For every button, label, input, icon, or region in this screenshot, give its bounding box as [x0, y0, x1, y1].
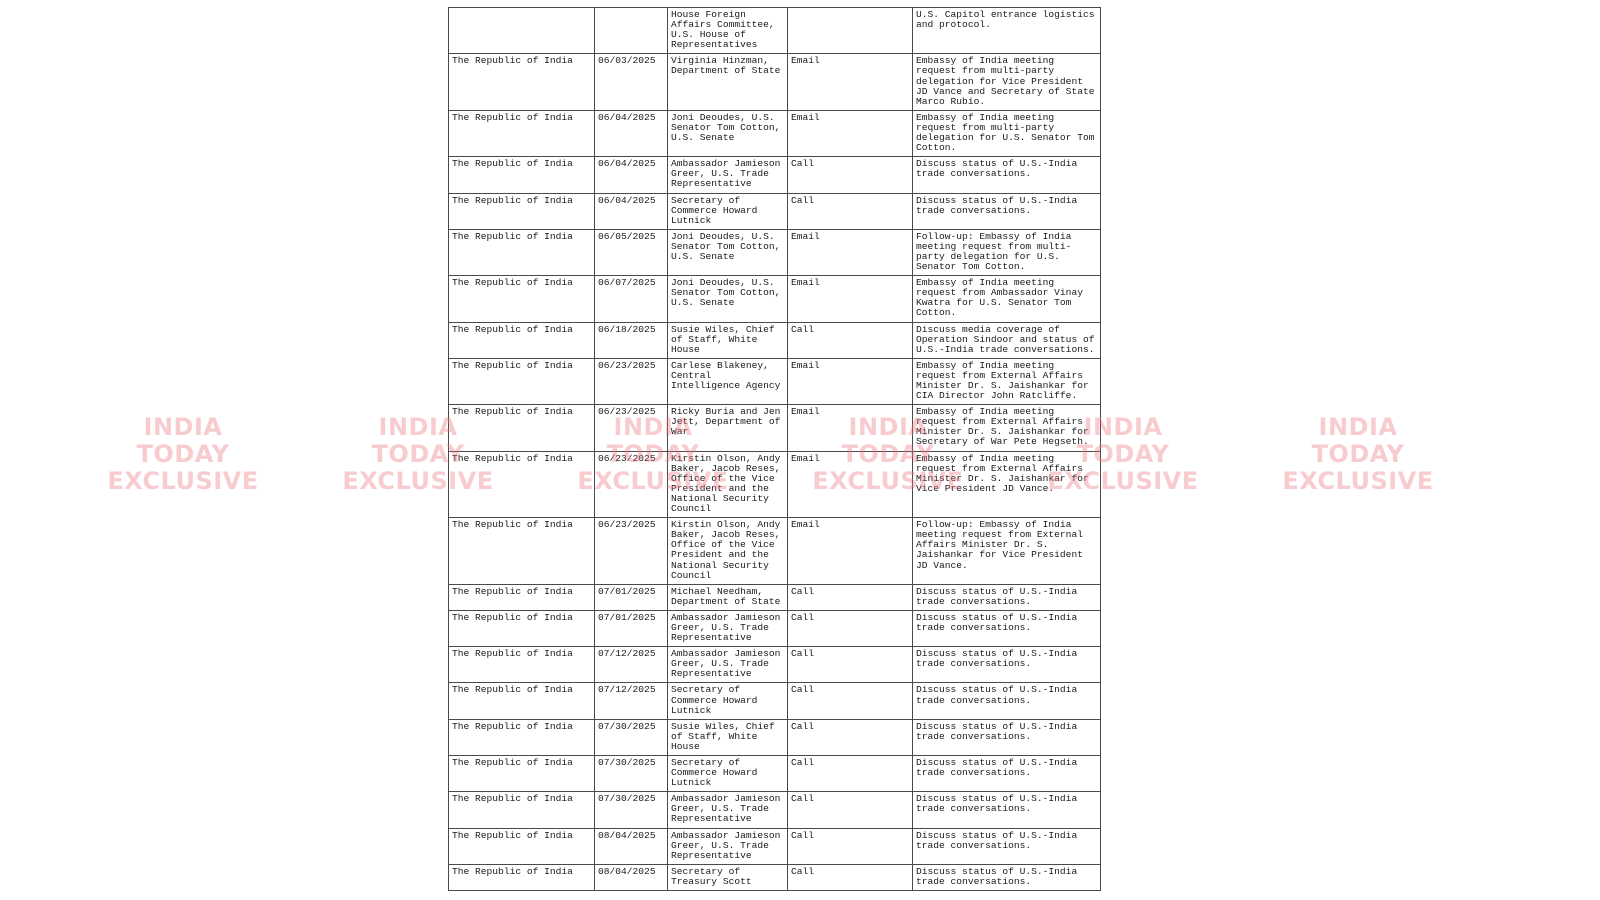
contact-cell: Ambassador Jamieson Greer, U.S. Trade Re…: [668, 157, 788, 193]
purpose-cell: Discuss media coverage of Operation Sind…: [913, 322, 1101, 358]
method-cell: Call: [788, 157, 913, 193]
method-cell: Call: [788, 792, 913, 828]
purpose-cell: U.S. Capitol entrance logistics and prot…: [913, 8, 1101, 54]
purpose-cell: Discuss status of U.S.-India trade conve…: [913, 719, 1101, 755]
method-cell: Email: [788, 405, 913, 451]
method-cell: Email: [788, 110, 913, 156]
table-row: The Republic of India07/30/2025Ambassado…: [449, 792, 1101, 828]
watermark-line-2: EXCLUSIVE: [98, 468, 268, 495]
contact-cell: Michael Needham, Department of State: [668, 584, 788, 610]
country-cell: The Republic of India: [449, 792, 595, 828]
country-cell: The Republic of India: [449, 610, 595, 646]
contact-cell: Susie Wiles, Chief of Staff, White House: [668, 719, 788, 755]
method-cell: Call: [788, 864, 913, 890]
country-cell: The Republic of India: [449, 54, 595, 110]
method-cell: [788, 8, 913, 54]
country-cell: The Republic of India: [449, 193, 595, 229]
table-row: The Republic of India07/12/2025Ambassado…: [449, 647, 1101, 683]
country-cell: The Republic of India: [449, 756, 595, 792]
country-cell: The Republic of India: [449, 451, 595, 518]
country-cell: The Republic of India: [449, 358, 595, 404]
country-cell: The Republic of India: [449, 647, 595, 683]
purpose-cell: Discuss status of U.S.-India trade conve…: [913, 193, 1101, 229]
date-cell: 07/30/2025: [595, 756, 668, 792]
purpose-cell: Discuss status of U.S.-India trade conve…: [913, 756, 1101, 792]
method-cell: Call: [788, 322, 913, 358]
table-row: The Republic of India08/04/2025Secretary…: [449, 864, 1101, 890]
date-cell: 06/03/2025: [595, 54, 668, 110]
purpose-cell: Discuss status of U.S.-India trade conve…: [913, 584, 1101, 610]
purpose-cell: Discuss status of U.S.-India trade conve…: [913, 792, 1101, 828]
country-cell: The Republic of India: [449, 683, 595, 719]
country-cell: The Republic of India: [449, 276, 595, 322]
contact-cell: Secretary of Commerce Howard Lutnick: [668, 756, 788, 792]
method-cell: Call: [788, 683, 913, 719]
table-row: The Republic of India07/30/2025Susie Wil…: [449, 719, 1101, 755]
date-cell: 07/01/2025: [595, 584, 668, 610]
table-row: The Republic of India07/01/2025Michael N…: [449, 584, 1101, 610]
date-cell: 06/18/2025: [595, 322, 668, 358]
purpose-cell: Discuss status of U.S.-India trade conve…: [913, 157, 1101, 193]
contact-cell: Ambassador Jamieson Greer, U.S. Trade Re…: [668, 792, 788, 828]
method-cell: Call: [788, 828, 913, 864]
date-cell: 06/04/2025: [595, 110, 668, 156]
method-cell: Email: [788, 54, 913, 110]
purpose-cell: Embassy of India meeting request from Ex…: [913, 405, 1101, 451]
date-cell: 07/12/2025: [595, 683, 668, 719]
purpose-cell: Follow-up: Embassy of India meeting requ…: [913, 518, 1101, 585]
table-row: The Republic of India06/04/2025Joni Deou…: [449, 110, 1101, 156]
country-cell: The Republic of India: [449, 828, 595, 864]
table-row: House Foreign Affairs Committee, U.S. Ho…: [449, 8, 1101, 54]
watermark-line-1: INDIA TODAY: [1273, 414, 1443, 468]
purpose-cell: Embassy of India meeting request from Am…: [913, 276, 1101, 322]
purpose-cell: Embassy of India meeting request from mu…: [913, 110, 1101, 156]
table-row: The Republic of India06/04/2025Secretary…: [449, 193, 1101, 229]
country-cell: The Republic of India: [449, 405, 595, 451]
date-cell: 06/23/2025: [595, 518, 668, 585]
country-cell: The Republic of India: [449, 864, 595, 890]
country-cell: The Republic of India: [449, 518, 595, 585]
purpose-cell: Embassy of India meeting request from mu…: [913, 54, 1101, 110]
method-cell: Call: [788, 584, 913, 610]
country-cell: The Republic of India: [449, 157, 595, 193]
method-cell: Email: [788, 518, 913, 585]
table-row: The Republic of India06/23/2025Ricky Bur…: [449, 405, 1101, 451]
date-cell: 06/23/2025: [595, 405, 668, 451]
country-cell: The Republic of India: [449, 229, 595, 275]
table-row: The Republic of India06/23/2025Kirstin O…: [449, 451, 1101, 518]
purpose-cell: Follow-up: Embassy of India meeting requ…: [913, 229, 1101, 275]
table-body: House Foreign Affairs Committee, U.S. Ho…: [449, 8, 1101, 891]
table-row: The Republic of India06/03/2025Virginia …: [449, 54, 1101, 110]
contact-cell: House Foreign Affairs Committee, U.S. Ho…: [668, 8, 788, 54]
table-row: The Republic of India06/23/2025Carlese B…: [449, 358, 1101, 404]
country-cell: The Republic of India: [449, 110, 595, 156]
contact-cell: Susie Wiles, Chief of Staff, White House: [668, 322, 788, 358]
date-cell: 06/07/2025: [595, 276, 668, 322]
contact-cell: Ambassador Jamieson Greer, U.S. Trade Re…: [668, 610, 788, 646]
document-page: House Foreign Affairs Committee, U.S. Ho…: [448, 7, 1100, 891]
india-today-exclusive-watermark: INDIA TODAYEXCLUSIVE: [1273, 414, 1443, 495]
country-cell: The Republic of India: [449, 322, 595, 358]
method-cell: Call: [788, 719, 913, 755]
contact-cell: Joni Deoudes, U.S. Senator Tom Cotton, U…: [668, 110, 788, 156]
method-cell: Email: [788, 451, 913, 518]
purpose-cell: Discuss status of U.S.-India trade conve…: [913, 610, 1101, 646]
contact-cell: Kirstin Olson, Andy Baker, Jacob Reses, …: [668, 451, 788, 518]
table-row: The Republic of India06/18/2025Susie Wil…: [449, 322, 1101, 358]
india-today-exclusive-watermark: INDIA TODAYEXCLUSIVE: [98, 414, 268, 495]
purpose-cell: Embassy of India meeting request from Ex…: [913, 451, 1101, 518]
country-cell: The Republic of India: [449, 584, 595, 610]
method-cell: Call: [788, 756, 913, 792]
purpose-cell: Embassy of India meeting request from Ex…: [913, 358, 1101, 404]
contact-cell: Joni Deoudes, U.S. Senator Tom Cotton, U…: [668, 229, 788, 275]
method-cell: Email: [788, 276, 913, 322]
contact-cell: Kirstin Olson, Andy Baker, Jacob Reses, …: [668, 518, 788, 585]
contact-cell: Carlese Blakeney, Central Intelligence A…: [668, 358, 788, 404]
purpose-cell: Discuss status of U.S.-India trade conve…: [913, 864, 1101, 890]
contact-cell: Secretary of Treasury Scott: [668, 864, 788, 890]
method-cell: Call: [788, 610, 913, 646]
table-row: The Republic of India06/23/2025Kirstin O…: [449, 518, 1101, 585]
date-cell: 07/01/2025: [595, 610, 668, 646]
contact-cell: Ambassador Jamieson Greer, U.S. Trade Re…: [668, 647, 788, 683]
method-cell: Email: [788, 358, 913, 404]
country-cell: [449, 8, 595, 54]
purpose-cell: Discuss status of U.S.-India trade conve…: [913, 647, 1101, 683]
contact-cell: Virginia Hinzman, Department of State: [668, 54, 788, 110]
table-row: The Republic of India07/01/2025Ambassado…: [449, 610, 1101, 646]
date-cell: 08/04/2025: [595, 864, 668, 890]
table-row: The Republic of India07/30/2025Secretary…: [449, 756, 1101, 792]
contact-cell: Ricky Buria and Jen Jett, Department of …: [668, 405, 788, 451]
table-row: The Republic of India08/04/2025Ambassado…: [449, 828, 1101, 864]
contact-cell: Secretary of Commerce Howard Lutnick: [668, 683, 788, 719]
method-cell: Call: [788, 647, 913, 683]
date-cell: 06/04/2025: [595, 193, 668, 229]
date-cell: 07/12/2025: [595, 647, 668, 683]
purpose-cell: Discuss status of U.S.-India trade conve…: [913, 828, 1101, 864]
table-row: The Republic of India06/04/2025Ambassado…: [449, 157, 1101, 193]
contact-cell: Joni Deoudes, U.S. Senator Tom Cotton, U…: [668, 276, 788, 322]
date-cell: 06/05/2025: [595, 229, 668, 275]
method-cell: Email: [788, 229, 913, 275]
country-cell: The Republic of India: [449, 719, 595, 755]
contacts-log-table: House Foreign Affairs Committee, U.S. Ho…: [448, 7, 1101, 891]
date-cell: 06/04/2025: [595, 157, 668, 193]
contact-cell: Secretary of Commerce Howard Lutnick: [668, 193, 788, 229]
date-cell: 08/04/2025: [595, 828, 668, 864]
contact-cell: Ambassador Jamieson Greer, U.S. Trade Re…: [668, 828, 788, 864]
table-row: The Republic of India06/05/2025Joni Deou…: [449, 229, 1101, 275]
watermark-line-1: INDIA TODAY: [98, 414, 268, 468]
purpose-cell: Discuss status of U.S.-India trade conve…: [913, 683, 1101, 719]
watermark-line-2: EXCLUSIVE: [1273, 468, 1443, 495]
method-cell: Call: [788, 193, 913, 229]
date-cell: 06/23/2025: [595, 451, 668, 518]
table-row: The Republic of India06/07/2025Joni Deou…: [449, 276, 1101, 322]
date-cell: 06/23/2025: [595, 358, 668, 404]
date-cell: 07/30/2025: [595, 792, 668, 828]
table-row: The Republic of India07/12/2025Secretary…: [449, 683, 1101, 719]
date-cell: [595, 8, 668, 54]
date-cell: 07/30/2025: [595, 719, 668, 755]
